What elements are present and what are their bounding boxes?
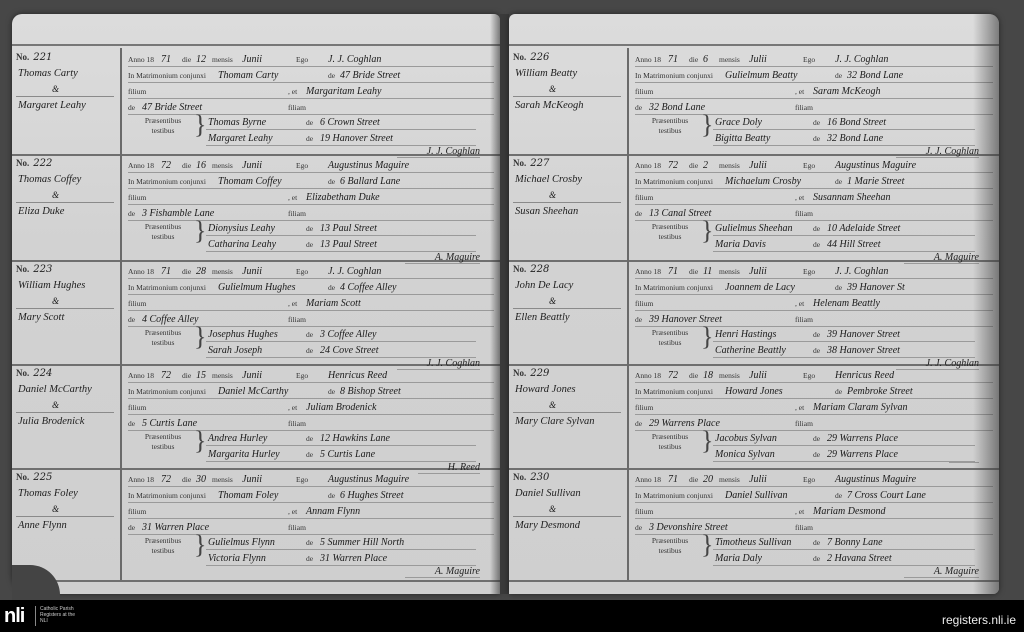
witnesses-label: Præsentibustestibus <box>128 432 198 452</box>
entry-margin: No.227 Michael Crosby & Susan Sheehan <box>509 154 629 260</box>
margin-rule <box>513 308 621 309</box>
entry-number: No.229 <box>513 368 549 379</box>
groom-name: Daniel McCarthy <box>18 384 92 395</box>
page-header-rule <box>509 44 999 46</box>
page-header-rule <box>12 44 500 46</box>
entry-margin: No.221 Thomas Carty & Margaret Leahy <box>12 48 122 154</box>
groom-name: Thomas Foley <box>18 488 78 499</box>
witnesses-label: Præsentibustestibus <box>635 432 705 452</box>
bride-row: filium , etHelenam Beattly <box>635 294 993 311</box>
witness-row: Victoria Flynn de 31 Warren Place <box>206 550 476 566</box>
groom-name: Michael Crosby <box>515 174 582 185</box>
register-entry-229: No.229 Howard Jones & Mary Clare Sylvan … <box>509 364 999 470</box>
ampersand: & <box>52 504 59 514</box>
ampersand: & <box>52 190 59 200</box>
ampersand: & <box>549 400 556 410</box>
address-row: de3 Fishamble Lane filiam <box>128 204 494 221</box>
witness-row: Thomas Byrne de 6 Crown Street <box>206 114 476 130</box>
witness-row: Margarita Hurley de 5 Curtis Lane <box>206 446 476 462</box>
groom-row: In Matrimonium conjunxiThomam Carty de47… <box>128 66 494 83</box>
date-row: Anno 1871 die11 mensisJulii EgoJ. J. Cog… <box>635 262 993 279</box>
groom-row: In Matrimonium conjunxiDaniel Sullivan d… <box>635 486 993 503</box>
witnesses-label: Præsentibustestibus <box>635 116 705 136</box>
witnesses-label: Præsentibustestibus <box>128 116 198 136</box>
entry-number: No.221 <box>16 52 52 63</box>
entry-margin: No.226 William Beatty & Sarah McKeogh <box>509 48 629 154</box>
witness-row: Monica Sylvan de 29 Warrens Place <box>713 446 975 462</box>
date-row: Anno 1872 die30 mensisJunii EgoAugustinu… <box>128 470 494 487</box>
address-row: de31 Warren Place filiam <box>128 518 494 535</box>
witness-row: Maria Davis de 44 Hill Street <box>713 236 975 252</box>
bride-name: Mary Scott <box>18 312 64 323</box>
groom-row: In Matrimonium conjunxiJoannem de Lacy d… <box>635 278 993 295</box>
entry-body: Anno 1872 die2 mensisJulii EgoAugustinus… <box>629 154 999 260</box>
margin-rule <box>16 96 114 97</box>
priest-signature <box>949 462 979 463</box>
bride-row: filium , etMariam Scott <box>128 294 494 311</box>
address-row: de39 Hanover Street filiam <box>635 310 993 327</box>
witness-row: Grace Doly de 16 Bond Street <box>713 114 975 130</box>
register-entry-223: No.223 William Hughes & Mary Scott Anno … <box>12 260 500 366</box>
entry-number: No.226 <box>513 52 549 63</box>
register-entry-222: No.222 Thomas Coffey & Eliza Duke Anno 1… <box>12 154 500 262</box>
bride-name: Mary Clare Sylvan <box>515 416 595 427</box>
witness-row: Maria Daly de 2 Havana Street <box>713 550 975 566</box>
entry-body: Anno 1871 die6 mensisJulii EgoJ. J. Cogh… <box>629 48 999 154</box>
witness-row: Margaret Leahy de 19 Hanover Street <box>206 130 476 146</box>
register-page-left: No.221 Thomas Carty & Margaret Leahy Ann… <box>12 14 500 594</box>
groom-name: John De Lacy <box>515 280 573 291</box>
witnesses-label: Præsentibustestibus <box>635 328 705 348</box>
date-row: Anno 1871 die12 mensisJunii EgoJ. J. Cog… <box>128 50 494 67</box>
bride-name: Eliza Duke <box>18 206 64 217</box>
entry-number: No.223 <box>16 264 52 275</box>
groom-row: In Matrimonium conjunxiThomam Coffey de6… <box>128 172 494 189</box>
address-row: de13 Canal Street filiam <box>635 204 993 221</box>
entry-margin: No.223 William Hughes & Mary Scott <box>12 260 122 364</box>
bride-row: filium , etSusannam Sheehan <box>635 188 993 205</box>
bride-name: Susan Sheehan <box>515 206 578 217</box>
brace-icon: } <box>701 428 713 454</box>
entry-body: Anno 1871 die28 mensisJunii EgoJ. J. Cog… <box>122 260 500 364</box>
groom-name: William Hughes <box>18 280 85 291</box>
witness-row: Josephus Hughes de 3 Coffee Alley <box>206 326 476 342</box>
ampersand: & <box>549 190 556 200</box>
entry-number: No.222 <box>16 158 52 169</box>
groom-name: Howard Jones <box>515 384 576 395</box>
groom-row: In Matrimonium conjunxiMichaelum Crosby … <box>635 172 993 189</box>
date-row: Anno 1871 die28 mensisJunii EgoJ. J. Cog… <box>128 262 494 279</box>
groom-name: Thomas Coffey <box>18 174 81 185</box>
margin-rule <box>513 516 621 517</box>
ampersand: & <box>549 504 556 514</box>
entry-number: No.228 <box>513 264 549 275</box>
entry-body: Anno 1871 die20 mensisJulii EgoAugustinu… <box>629 468 999 580</box>
bride-row: filium , etAnnam Flynn <box>128 502 494 519</box>
witnesses-label: Præsentibustestibus <box>128 222 198 242</box>
entry-number: No.225 <box>16 472 52 483</box>
brace-icon: } <box>701 112 713 138</box>
brace-icon: } <box>701 218 713 244</box>
bride-name: Sarah McKeogh <box>515 100 584 111</box>
groom-name: Daniel Sullivan <box>515 488 581 499</box>
nli-logo[interactable]: nli <box>4 605 24 628</box>
priest-signature: A. Maguire <box>904 566 979 578</box>
priest-signature: A. Maguire <box>405 566 480 578</box>
witness-row: Bigitta Beatty de 32 Bond Lane <box>713 130 975 146</box>
witness-row: Catharina Leahy de 13 Paul Street <box>206 236 476 252</box>
bride-row: filium , etMariam Desmond <box>635 502 993 519</box>
entry-margin: No.229 Howard Jones & Mary Clare Sylvan <box>509 364 629 468</box>
logo-caption: Catholic Parish Registers at the NLI <box>40 606 80 624</box>
ampersand: & <box>52 84 59 94</box>
logo-divider <box>35 606 36 626</box>
address-row: de3 Devonshire Street filiam <box>635 518 993 535</box>
bride-row: filium , etMargaritam Leahy <box>128 82 494 99</box>
register-entry-226: No.226 William Beatty & Sarah McKeogh An… <box>509 48 999 156</box>
brace-icon: } <box>194 218 206 244</box>
register-entry-228: No.228 John De Lacy & Ellen Beattly Anno… <box>509 260 999 366</box>
ampersand: & <box>52 400 59 410</box>
bride-name: Anne Flynn <box>18 520 67 531</box>
brace-icon: } <box>194 324 206 350</box>
date-row: Anno 1872 die16 mensisJunii EgoAugustinu… <box>128 156 494 173</box>
register-page-right: No.226 William Beatty & Sarah McKeogh An… <box>509 14 999 594</box>
bride-row: filium , etJuliam Brodenick <box>128 398 494 415</box>
margin-rule <box>513 202 621 203</box>
margin-rule <box>16 516 114 517</box>
witnesses-label: Præsentibustestibus <box>128 536 198 556</box>
groom-row: In Matrimonium conjunxiHoward Jones dePe… <box>635 382 993 399</box>
groom-row: In Matrimonium conjunxiThomam Foley de6 … <box>128 486 494 503</box>
margin-rule <box>513 96 621 97</box>
witness-row: Catherine Beattly de 38 Hanover Street <box>713 342 975 358</box>
bride-name: Julia Brodenick <box>18 416 84 427</box>
entry-body: Anno 1871 die12 mensisJunii EgoJ. J. Cog… <box>122 48 500 154</box>
witnesses-label: Præsentibustestibus <box>635 536 705 556</box>
groom-name: Thomas Carty <box>18 68 78 79</box>
register-entry-225: No.225 Thomas Foley & Anne Flynn Anno 18… <box>12 468 500 582</box>
brace-icon: } <box>701 532 713 558</box>
margin-rule <box>16 202 114 203</box>
bride-row: filium , etMariam Claram Sylvan <box>635 398 993 415</box>
entry-margin: No.225 Thomas Foley & Anne Flynn <box>12 468 122 580</box>
witnesses-label: Præsentibustestibus <box>635 222 705 242</box>
book-gutter <box>500 14 509 594</box>
groom-row: In Matrimonium conjunxiDaniel McCarthy d… <box>128 382 494 399</box>
register-entry-230: No.230 Daniel Sullivan & Mary Desmond An… <box>509 468 999 582</box>
groom-name: William Beatty <box>515 68 577 79</box>
brace-icon: } <box>194 428 206 454</box>
entry-margin: No.230 Daniel Sullivan & Mary Desmond <box>509 468 629 580</box>
witness-row: Gulielmus Sheehan de 10 Adelaide Street <box>713 220 975 236</box>
ampersand: & <box>549 296 556 306</box>
bride-name: Margaret Leahy <box>18 100 86 111</box>
witness-row: Jacobus Sylvan de 29 Warrens Place <box>713 430 975 446</box>
brace-icon: } <box>194 532 206 558</box>
witness-row: Timotheus Sullivan de 7 Bonny Lane <box>713 534 975 550</box>
witness-row: Henri Hastings de 39 Hanover Street <box>713 326 975 342</box>
entry-margin: No.222 Thomas Coffey & Eliza Duke <box>12 154 122 260</box>
address-row: de32 Bond Lane filiam <box>635 98 993 115</box>
witness-row: Sarah Joseph de 24 Cove Street <box>206 342 476 358</box>
address-row: de4 Coffee Alley filiam <box>128 310 494 327</box>
entry-body: Anno 1872 die15 mensisJunii EgoHenricus … <box>122 364 500 468</box>
address-row: de47 Bride Street filiam <box>128 98 494 115</box>
register-entry-224: No.224 Daniel McCarthy & Julia Brodenick… <box>12 364 500 470</box>
witness-row: Gulielmus Flynn de 5 Summer Hill North <box>206 534 476 550</box>
date-row: Anno 1871 die20 mensisJulii EgoAugustinu… <box>635 470 993 487</box>
margin-rule <box>513 412 621 413</box>
entry-body: Anno 1872 die18 mensisJulii EgoHenricus … <box>629 364 999 468</box>
date-row: Anno 1872 die18 mensisJulii EgoHenricus … <box>635 366 993 383</box>
margin-rule <box>16 412 114 413</box>
entry-margin: No.224 Daniel McCarthy & Julia Brodenick <box>12 364 122 468</box>
brace-icon: } <box>194 112 206 138</box>
entry-body: Anno 1872 die30 mensisJunii EgoAugustinu… <box>122 468 500 580</box>
witness-row: Dionysius Leahy de 13 Paul Street <box>206 220 476 236</box>
ampersand: & <box>52 296 59 306</box>
groom-row: In Matrimonium conjunxiGulielmum Hughes … <box>128 278 494 295</box>
bride-name: Ellen Beattly <box>515 312 570 323</box>
margin-rule <box>16 308 114 309</box>
entry-margin: No.228 John De Lacy & Ellen Beattly <box>509 260 629 364</box>
bride-name: Mary Desmond <box>515 520 580 531</box>
entry-body: Anno 1872 die16 mensisJunii EgoAugustinu… <box>122 154 500 260</box>
entry-number: No.224 <box>16 368 52 379</box>
register-entry-227: No.227 Michael Crosby & Susan Sheehan An… <box>509 154 999 262</box>
ampersand: & <box>549 84 556 94</box>
witnesses-label: Præsentibustestibus <box>128 328 198 348</box>
bride-row: filium , etElizabetham Duke <box>128 188 494 205</box>
address-row: de5 Curtis Lane filiam <box>128 414 494 431</box>
entry-number: No.230 <box>513 472 549 483</box>
groom-row: In Matrimonium conjunxiGulielmum Beatty … <box>635 66 993 83</box>
entry-body: Anno 1871 die11 mensisJulii EgoJ. J. Cog… <box>629 260 999 364</box>
footer-bar <box>0 600 1024 632</box>
bride-row: filium , etSaram McKeogh <box>635 82 993 99</box>
register-entry-221: No.221 Thomas Carty & Margaret Leahy Ann… <box>12 48 500 156</box>
address-row: de29 Warrens Place filiam <box>635 414 993 431</box>
date-row: Anno 1872 die15 mensisJunii EgoHenricus … <box>128 366 494 383</box>
entry-number: No.227 <box>513 158 549 169</box>
witness-row: Andrea Hurley de 12 Hawkins Lane <box>206 430 476 446</box>
brace-icon: } <box>701 324 713 350</box>
date-row: Anno 1871 die6 mensisJulii EgoJ. J. Cogh… <box>635 50 993 67</box>
site-link[interactable]: registers.nli.ie <box>942 613 1016 627</box>
date-row: Anno 1872 die2 mensisJulii EgoAugustinus… <box>635 156 993 173</box>
